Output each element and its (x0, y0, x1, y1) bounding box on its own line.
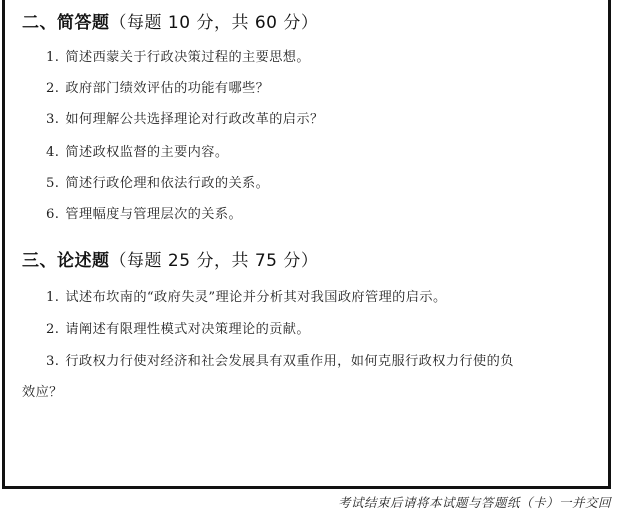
section-2-question-5: 5.简述行政伦理和依法行政的关系。 (46, 172, 269, 191)
question-text: 管理幅度与管理层次的关系。 (65, 207, 242, 222)
question-number: 2. (46, 322, 59, 337)
question-text: 如何理解公共选择理论对行政改革的启示？ (65, 112, 323, 127)
footer-note: 考试结束后请将本试题与答题纸（卡）一并交回 (338, 493, 611, 511)
question-text: 请阐述有限理性模式对决策理论的贡献。 (65, 322, 310, 337)
section-3-question-1: 1.试述布坎南的“政府失灵”理论并分析其对我国政府管理的启示。 (46, 286, 447, 305)
section-2-question-1: 1.简述西蒙关于行政决策过程的主要思想。 (46, 46, 310, 65)
section-2-heading: 二、简答题（每题 10 分，共 60 分） (22, 8, 318, 33)
question-number: 1. (46, 50, 59, 65)
section-3-question-3: 3.行政权力行使对经济和社会发展具有双重作用，如何克服行政权力行使的负 (46, 350, 514, 369)
question-number: 5. (46, 176, 59, 191)
question-number: 6. (46, 207, 59, 222)
section-2-question-6: 6.管理幅度与管理层次的关系。 (46, 203, 242, 222)
section-2-title: 二、简答题 (22, 13, 110, 33)
section-2-question-4: 4.简述政权监督的主要内容。 (46, 141, 228, 160)
section-3-scoring: （每题 25 分，共 75 分） (110, 251, 319, 271)
exam-page-border (2, 0, 611, 489)
question-number: 1. (46, 290, 59, 305)
question-text: 试述布坎南的“政府失灵”理论并分析其对我国政府管理的启示。 (65, 290, 446, 305)
section-3-question-2: 2.请阐述有限理性模式对决策理论的贡献。 (46, 318, 310, 337)
question-text: 行政权力行使对经济和社会发展具有双重作用，如何克服行政权力行使的负 (65, 354, 513, 369)
section-2-scoring: （每题 10 分，共 60 分） (110, 13, 319, 33)
question-number: 2. (46, 81, 59, 96)
section-3-heading: 三、论述题（每题 25 分，共 75 分） (22, 246, 318, 271)
section-3-title: 三、论述题 (22, 251, 110, 271)
question-text: 简述政权监督的主要内容。 (65, 145, 228, 160)
question-text: 简述西蒙关于行政决策过程的主要思想。 (65, 50, 310, 65)
question-text: 简述行政伦理和依法行政的关系。 (65, 176, 269, 191)
question-number: 3. (46, 354, 59, 369)
question-number: 4. (46, 145, 59, 160)
section-3-question-3-continuation: 效应？ (22, 381, 63, 400)
section-2-question-2: 2.政府部门绩效评估的功能有哪些？ (46, 77, 269, 96)
question-number: 3. (46, 112, 59, 127)
section-2-question-3: 3.如何理解公共选择理论对行政改革的启示？ (46, 108, 324, 127)
question-text: 政府部门绩效评估的功能有哪些？ (65, 81, 269, 96)
